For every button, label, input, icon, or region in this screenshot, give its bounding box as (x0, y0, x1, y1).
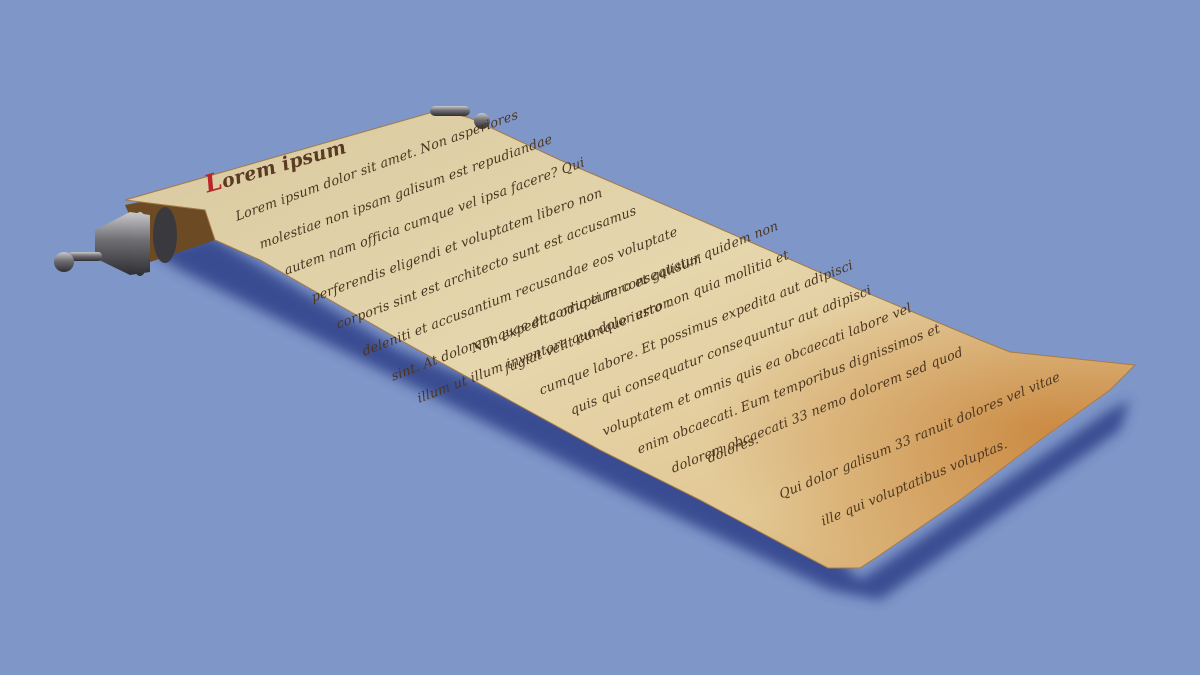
scroll-illustration (0, 0, 1200, 675)
rod-near-end (54, 207, 177, 276)
scroll-scene: Lorem ipsum Lorem ipsum dolor sit amet. … (0, 0, 1200, 675)
